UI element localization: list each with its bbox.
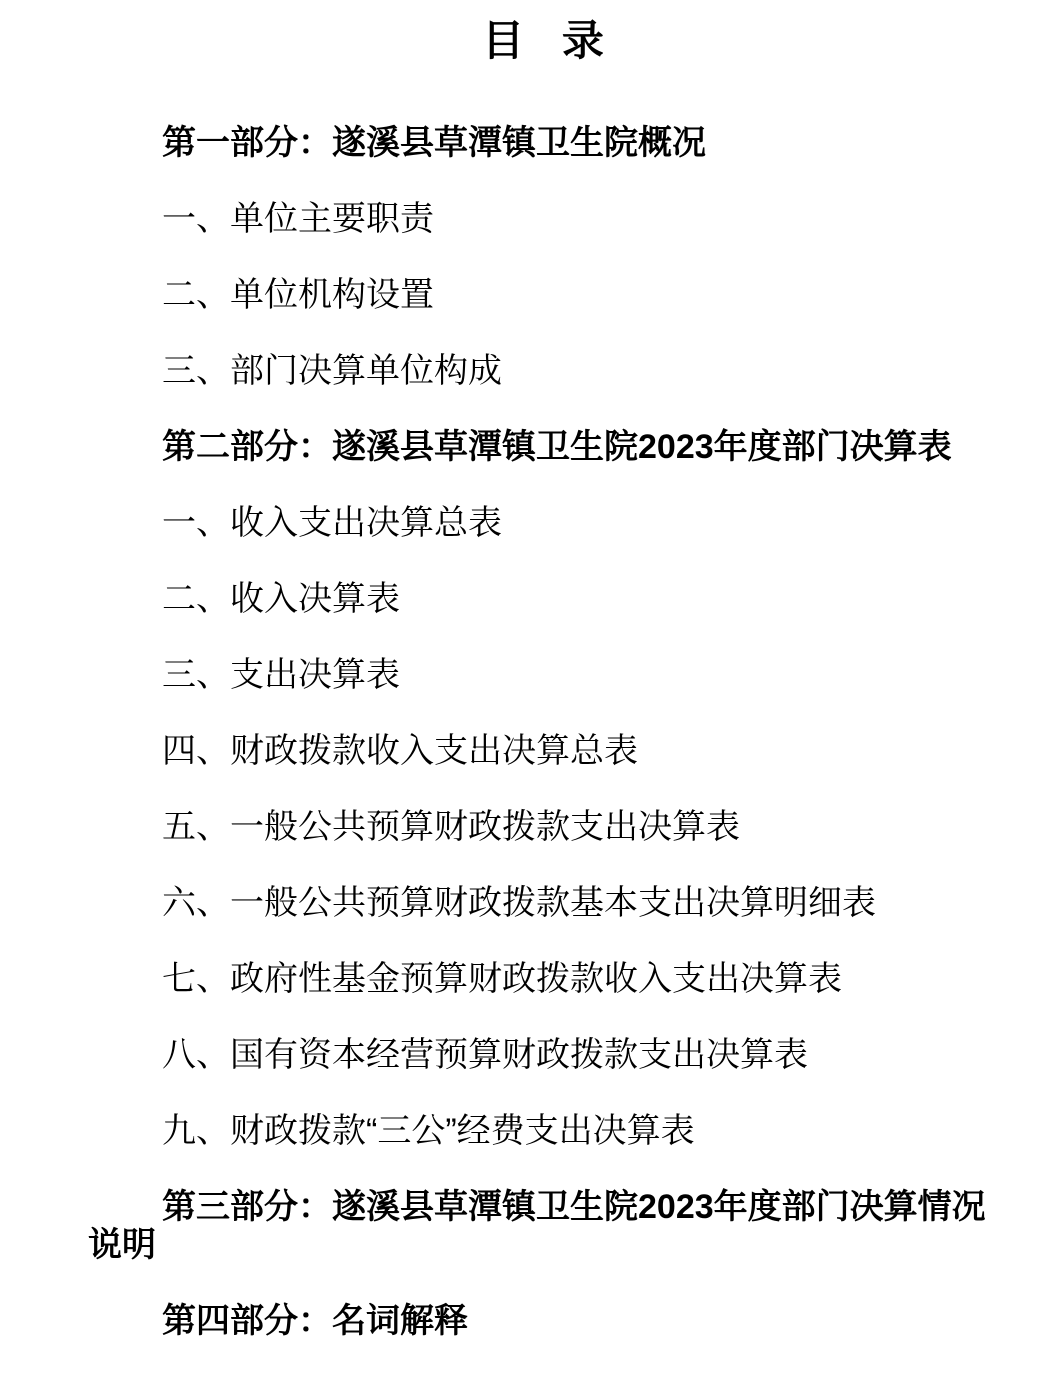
- toc-item: 四、财政拨款收入支出决算总表: [88, 732, 1000, 770]
- toc-item: 一、收入支出决算总表: [88, 504, 1000, 542]
- table-of-contents: 第一部分：遂溪县草潭镇卫生院概况 一、单位主要职责 二、单位机构设置 三、部门决…: [88, 124, 1000, 1340]
- toc-part2-heading: 第二部分：遂溪县草潭镇卫生院2023年度部门决算表: [88, 428, 1000, 466]
- toc-item: 三、部门决算单位构成: [88, 352, 1000, 390]
- toc-item: 七、政府性基金预算财政拨款收入支出决算表: [88, 960, 1000, 998]
- toc-item: 三、支出决算表: [88, 656, 1000, 694]
- toc-part1-heading: 第一部分：遂溪县草潭镇卫生院概况: [88, 124, 1000, 162]
- toc-item: 八、国有资本经营预算财政拨款支出决算表: [88, 1036, 1000, 1074]
- toc-item: 五、一般公共预算财政拨款支出决算表: [88, 808, 1000, 846]
- toc-item: 六、一般公共预算财政拨款基本支出决算明细表: [88, 884, 1000, 922]
- page-title: 目 录: [88, 14, 1000, 68]
- toc-part4-heading: 第四部分：名词解释: [88, 1302, 1000, 1340]
- toc-item: 九、财政拨款“三公”经费支出决算表: [88, 1112, 1000, 1150]
- toc-item: 二、单位机构设置: [88, 276, 1000, 314]
- toc-item: 一、单位主要职责: [88, 200, 1000, 238]
- toc-item: 二、收入决算表: [88, 580, 1000, 618]
- toc-part3-heading: 第三部分：遂溪县草潭镇卫生院2023年度部门决算情况说明: [88, 1188, 1000, 1264]
- document-page: 目 录 第一部分：遂溪县草潭镇卫生院概况 一、单位主要职责 二、单位机构设置 三…: [0, 0, 1055, 1373]
